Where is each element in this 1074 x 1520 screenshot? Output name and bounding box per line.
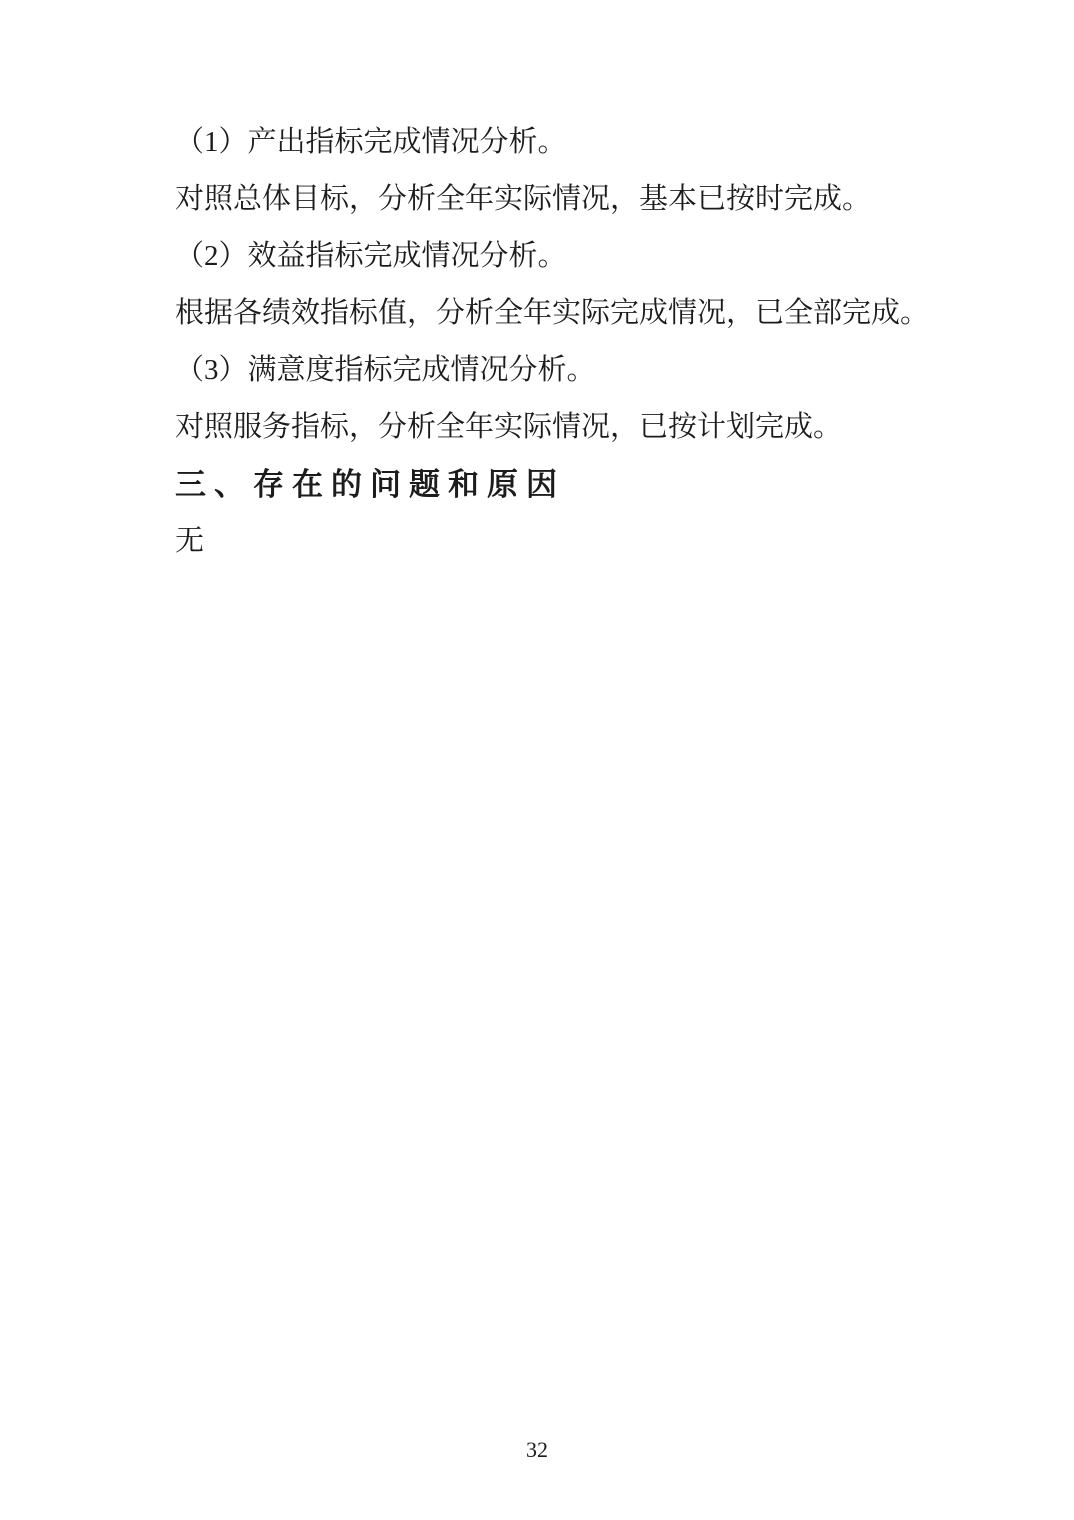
paragraph-overall-goal-comparison: 对照总体目标，分析全年实际情况，基本已按时完成。 bbox=[175, 171, 954, 228]
document-body: （1）产出指标完成情况分析。 对照总体目标，分析全年实际情况，基本已按时完成。 … bbox=[175, 114, 954, 570]
paragraph-output-indicator-analysis: （1）产出指标完成情况分析。 bbox=[175, 114, 954, 171]
page-number: 32 bbox=[0, 1436, 1074, 1464]
paragraph-satisfaction-indicator-analysis: （3）满意度指标完成情况分析。 bbox=[175, 342, 954, 399]
document-page: （1）产出指标完成情况分析。 对照总体目标，分析全年实际情况，基本已按时完成。 … bbox=[0, 0, 1074, 1520]
paragraph-none: 无 bbox=[175, 513, 954, 570]
paragraph-service-indicator-comparison: 对照服务指标，分析全年实际情况，已按计划完成。 bbox=[175, 399, 954, 456]
paragraph-benefit-indicator-analysis: （2）效益指标完成情况分析。 bbox=[175, 228, 954, 285]
paragraph-performance-indicator-values: 根据各绩效指标值，分析全年实际完成情况，已全部完成。 bbox=[175, 285, 954, 342]
section-heading-problems-and-causes: 三、存在的问题和原因 bbox=[175, 456, 954, 513]
